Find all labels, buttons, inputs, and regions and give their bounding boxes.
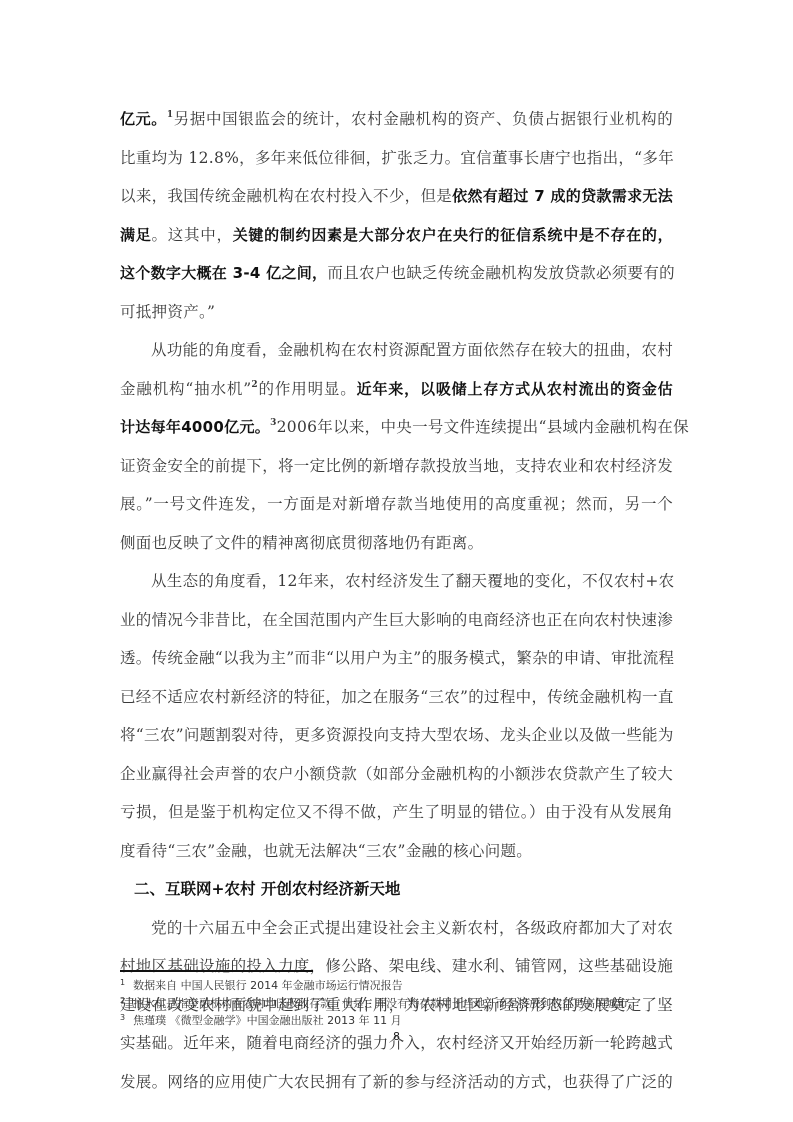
text-run: 金融机构“抽水机” [120,380,251,398]
footnote-1: 1数据来自 中国人民银行 2014 年金融市场运行情况报告 [120,977,680,995]
text-run: 度看待“三农”金融，也就无法解决“三农”金融的核心问题。 [120,842,532,860]
text-line: 发展。网络的应用使广大农民拥有了新的参与经济活动的方式，也获得了广泛的 [120,1063,673,1102]
text-run: 发展。网络的应用使广大农民拥有了新的参与经济活动的方式，也获得了广泛的 [120,1073,673,1091]
text-line: 业的情况今非昔比，在全国范围内产生巨大影响的电商经济也正在向农村快速渗 [120,601,673,640]
footnotes: 1数据来自 中国人民银行 2014 年金融市场运行情况报告 2抽水机是指金融机构… [120,977,680,1030]
emphasized-text: 亿元。 [120,110,167,128]
text-line: 将“三农”问题割裂对待，更多资源投向支持大型农场、龙头企业以及做一些能为 [120,716,673,755]
text-line: 亿元。1另据中国银监会的统计，农村金融机构的资产、负债占据银行业机构的 [120,100,673,139]
text-run: 透。传统金融“以我为主”而非“以用户为主”的服务模式，繁杂的申请、审批流程 [120,649,674,667]
page-number: 8 [0,1030,793,1043]
footnote-text: 数据来自 中国人民银行 2014 年金融市场运行情况报告 [133,979,402,992]
text-run: 另据中国银监会的统计，农村金融机构的资产、负债占据银行业机构的 [173,110,673,128]
text-run: 从功能的角度看，金融机构在农村资源配置方面依然存在较大的扭曲，农村 [151,341,673,359]
emphasized-text: 满足 [120,226,151,244]
text-line: 展。”一号文件连发，一方面是对新增存款当地使用的高度重视；然而，另一个 [120,485,673,524]
text-line: 度看待“三农”金融，也就无法解决“三农”金融的核心问题。 [120,832,673,871]
footnote-marker: 2 [120,996,125,1005]
text-run: 可抵押资产。” [120,303,215,321]
text-line: 这个数字大概在 3-4 亿之间，而且农户也缺乏传统金融机构发放贷款必须要有的 [120,254,673,293]
text-line: 企业赢得社会声誉的农户小额贷款（如部分金融机构的小额涉农贷款产生了较大 [120,755,673,794]
text-line: 已经不适应农村新经济的特征，加之在服务“三农”的过程中，传统金融机构一直 [120,678,673,717]
text-line: 证资金安全的前提下，将一定比例的新增存款投放当地，支持农业和农村经济发 [120,447,673,486]
footnote-separator [120,970,313,972]
paragraph-credit-gap: 亿元。1另据中国银监会的统计，农村金融机构的资产、负债占据银行业机构的比重均为 … [120,100,673,331]
footnote-marker: 1 [120,978,125,987]
emphasized-text: 依然有超过 7 成的贷款需求无法 [452,187,673,205]
footnote-3: 3焦瑾璞 《微型金融学》中国金融出版社 2013 年 11 月 [120,1012,680,1030]
text-line: 可抵押资产。” [120,293,673,332]
text-line: 金融机构“抽水机”2的作用明显。近年来，以吸储上存方式从农村流出的资金估 [120,370,673,409]
text-run: 将“三农”问题割裂对待，更多资源投向支持大型农场、龙头企业以及做一些能为 [120,726,674,744]
text-run: 以来，我国传统金融机构在农村投入不少，但是 [120,187,452,205]
footnote-text: 焦瑾璞 《微型金融学》中国金融出版社 2013 年 11 月 [133,1014,401,1027]
text-run: 亏损，但是鉴于机构定位又不得不做，产生了明显的错位。）由于没有从发展角 [120,803,673,821]
text-line: 透。传统金融“以我为主”而非“以用户为主”的服务模式，繁杂的申请、审批流程 [120,639,673,678]
text-run: 证资金安全的前提下，将一定比例的新增存款投放当地，支持农业和农村经济发 [120,457,673,475]
text-line: 计达每年4000亿元。32006年以来，中央一号文件连续提出“县域内金融机构在保 [120,408,673,447]
paragraph-ecological-view: 从生态的角度看，12年来，农村经济发生了翻天覆地的变化，不仅农村+农业的情况今非… [120,562,673,870]
text-run: 展。”一号文件连发，一方面是对新增存款当地使用的高度重视；然而，另一个 [120,495,673,513]
text-run: 而且农户也缺乏传统金融机构发放贷款必须要有的 [327,264,675,282]
text-line: 从生态的角度看，12年来，农村经济发生了翻天覆地的变化，不仅农村+农 [120,562,673,601]
text-run: 企业赢得社会声誉的农户小额贷款（如部分金融机构的小额涉农贷款产生了较大 [120,765,673,783]
footnote-2: 2抽水机是指金融机构在农村地区吸收存款，但是，并没有将存款用于当地，而是投放到收… [120,995,680,1013]
text-run: 已经不适应农村新经济的特征，加之在服务“三农”的过程中，传统金融机构一直 [120,688,674,706]
text-line: 从功能的角度看，金融机构在农村资源配置方面依然存在较大的扭曲，农村 [120,331,673,370]
emphasized-text: 关键的制约因素是大部分农户在央行的征信系统中是不存在的， [233,226,673,244]
text-run: 村地区基础设施的投入力度，修公路、架电线、建水利、铺管网，这些基础设施 [120,957,673,975]
emphasized-text: 近年来，以吸储上存方式从农村流出的资金估 [357,380,673,398]
body-text: 亿元。1另据中国银监会的统计，农村金融机构的资产、负债占据银行业机构的比重均为 … [120,100,673,1101]
text-line: 亏损，但是鉴于机构定位又不得不做，产生了明显的错位。）由于没有从发展角 [120,793,673,832]
text-line: 以来，我国传统金融机构在农村投入不少，但是依然有超过 7 成的贷款需求无法 [120,177,673,216]
emphasized-text: 计达每年4000亿元。 [120,418,270,436]
text-run: 侧面也反映了文件的精神离彻底贯彻落地仍有距离。 [120,534,483,552]
text-run: 比重均为 12.8%，多年来低位徘徊，扩张乏力。宜信董事长唐宁也指出，“多年 [120,149,674,167]
text-run: 。这其中， [151,226,232,244]
text-line: 满足。这其中，关键的制约因素是大部分农户在央行的征信系统中是不存在的， [120,216,673,255]
text-line: 党的十六届五中全会正式提出建设社会主义新农村，各级政府都加大了对农 [120,909,673,948]
paragraph-functional-view: 从功能的角度看，金融机构在农村资源配置方面依然存在较大的扭曲，农村金融机构“抽水… [120,331,673,562]
section-heading: 二、互联网+农村 开创农村经济新天地 [120,870,673,909]
footnote-marker: 3 [120,1013,125,1022]
footnote-text: 抽水机是指金融机构在农村地区吸收存款，但是，并没有将存款用于当地，而是投放到收益… [133,997,639,1010]
text-run: 从生态的角度看，12年来，农村经济发生了翻天覆地的变化，不仅农村+农 [151,572,674,590]
text-run: 业的情况今非昔比，在全国范围内产生巨大影响的电商经济也正在向农村快速渗 [120,611,673,629]
emphasized-text: 这个数字大概在 3-4 亿之间， [120,264,327,282]
text-run: 的作用明显。 [258,380,357,398]
document-page: 亿元。1另据中国银监会的统计，农村金融机构的资产、负债占据银行业机构的比重均为 … [0,0,793,1122]
text-line: 侧面也反映了文件的精神离彻底贯彻落地仍有距离。 [120,524,673,563]
text-run: 2006年以来，中央一号文件连续提出“县域内金融机构在保 [277,418,689,436]
text-line: 比重均为 12.8%，多年来低位徘徊，扩张乏力。宜信董事长唐宁也指出，“多年 [120,139,673,178]
text-run: 党的十六届五中全会正式提出建设社会主义新农村，各级政府都加大了对农 [151,919,673,937]
